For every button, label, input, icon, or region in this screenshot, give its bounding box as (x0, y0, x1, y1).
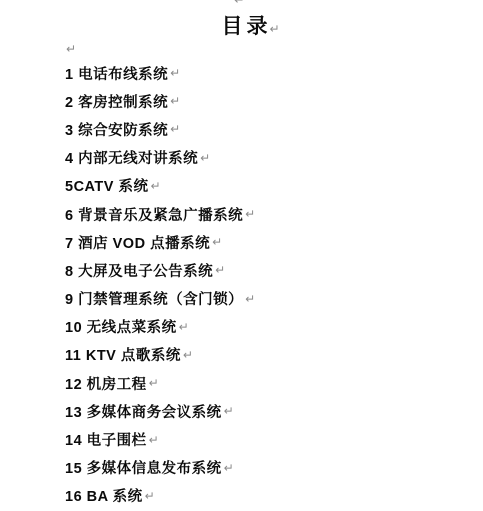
toc-item: 15 多媒体信息发布系统↵ (65, 454, 483, 482)
paragraph-mark-icon: ↵ (149, 433, 159, 447)
toc-item: 10 无线点菜系统↵ (65, 313, 483, 341)
paragraph-mark-icon: ↵ (151, 179, 161, 193)
paragraph-mark-icon: ↵ (234, 0, 245, 8)
toc-item: 1 电话布线系统↵ (65, 59, 483, 87)
toc-item-label: 14 电子围栏 (65, 429, 147, 450)
toc-item: 2 客房控制系统↵ (65, 87, 483, 115)
toc-item: 8 大屏及电子公告系统↵ (65, 256, 483, 284)
toc-item-label: 2 客房控制系统 (65, 91, 168, 112)
page-title: 目录 (221, 15, 271, 38)
empty-paragraph-line: ↵ (66, 40, 76, 58)
toc-item: 5CATV 系统↵ (65, 172, 483, 200)
toc-item-label: 3 综合安防系统 (65, 119, 168, 140)
toc-item-label: 7 酒店 VOD 点播系统 (65, 232, 210, 253)
title-row: 目录↵ (0, 10, 483, 40)
toc-item-label: 4 内部无线对讲系统 (65, 147, 198, 168)
table-of-contents: 1 电话布线系统↵ 2 客房控制系统↵ 3 综合安防系统↵ 4 内部无线对讲系统… (65, 59, 483, 510)
paragraph-mark-icon: ↵ (149, 376, 159, 390)
toc-item: 16 BA 系统↵ (65, 482, 483, 510)
paragraph-mark-icon: ↵ (183, 348, 193, 362)
document-page: ↵ 目录↵ ↵ 1 电话布线系统↵ 2 客房控制系统↵ 3 综合安防系统↵ 4 … (0, 0, 483, 511)
paragraph-mark-icon: ↵ (170, 66, 180, 80)
toc-item-label: 6 背景音乐及紧急广播系统 (65, 204, 243, 225)
toc-item: 9 门禁管理系统（含门锁）↵ (65, 285, 483, 313)
toc-item: 14 电子围栏↵ (65, 425, 483, 453)
paragraph-mark-icon: ↵ (224, 461, 234, 475)
toc-item: 3 综合安防系统↵ (65, 115, 483, 143)
paragraph-mark-icon: ↵ (170, 94, 180, 108)
paragraph-mark-icon: ↵ (200, 151, 210, 165)
paragraph-mark-icon: ↵ (170, 122, 180, 136)
toc-item-label: 15 多媒体信息发布系统 (65, 457, 222, 478)
toc-item-label: 12 机房工程 (65, 373, 147, 394)
toc-item: 4 内部无线对讲系统↵ (65, 144, 483, 172)
toc-item-label: 13 多媒体商务会议系统 (65, 401, 222, 422)
paragraph-mark-icon: ↵ (215, 263, 225, 277)
toc-item: 12 机房工程↵ (65, 369, 483, 397)
toc-item-label: 9 门禁管理系统（含门锁） (65, 288, 243, 309)
paragraph-mark-icon: ↵ (179, 320, 189, 334)
toc-item: 11 KTV 点歌系统↵ (65, 341, 483, 369)
paragraph-mark-icon: ↵ (224, 404, 234, 418)
toc-item: 6 背景音乐及紧急广播系统↵ (65, 200, 483, 228)
toc-item: 7 酒店 VOD 点播系统↵ (65, 228, 483, 256)
toc-item-label: 1 电话布线系统 (65, 63, 168, 84)
toc-item-label: 16 BA 系统 (65, 485, 143, 506)
paragraph-mark-icon: ↵ (212, 235, 222, 249)
paragraph-mark-icon: ↵ (145, 489, 155, 503)
toc-item-label: 8 大屏及电子公告系统 (65, 260, 213, 281)
toc-item-label: 5CATV 系统 (65, 175, 149, 196)
paragraph-mark-icon: ↵ (245, 207, 255, 221)
toc-item-label: 11 KTV 点歌系统 (65, 344, 181, 365)
paragraph-mark-icon: ↵ (245, 292, 255, 306)
paragraph-mark-icon: ↵ (66, 42, 76, 56)
toc-item-label: 10 无线点菜系统 (65, 316, 177, 337)
toc-item: 13 多媒体商务会议系统↵ (65, 397, 483, 425)
paragraph-mark-icon: ↵ (269, 22, 279, 36)
